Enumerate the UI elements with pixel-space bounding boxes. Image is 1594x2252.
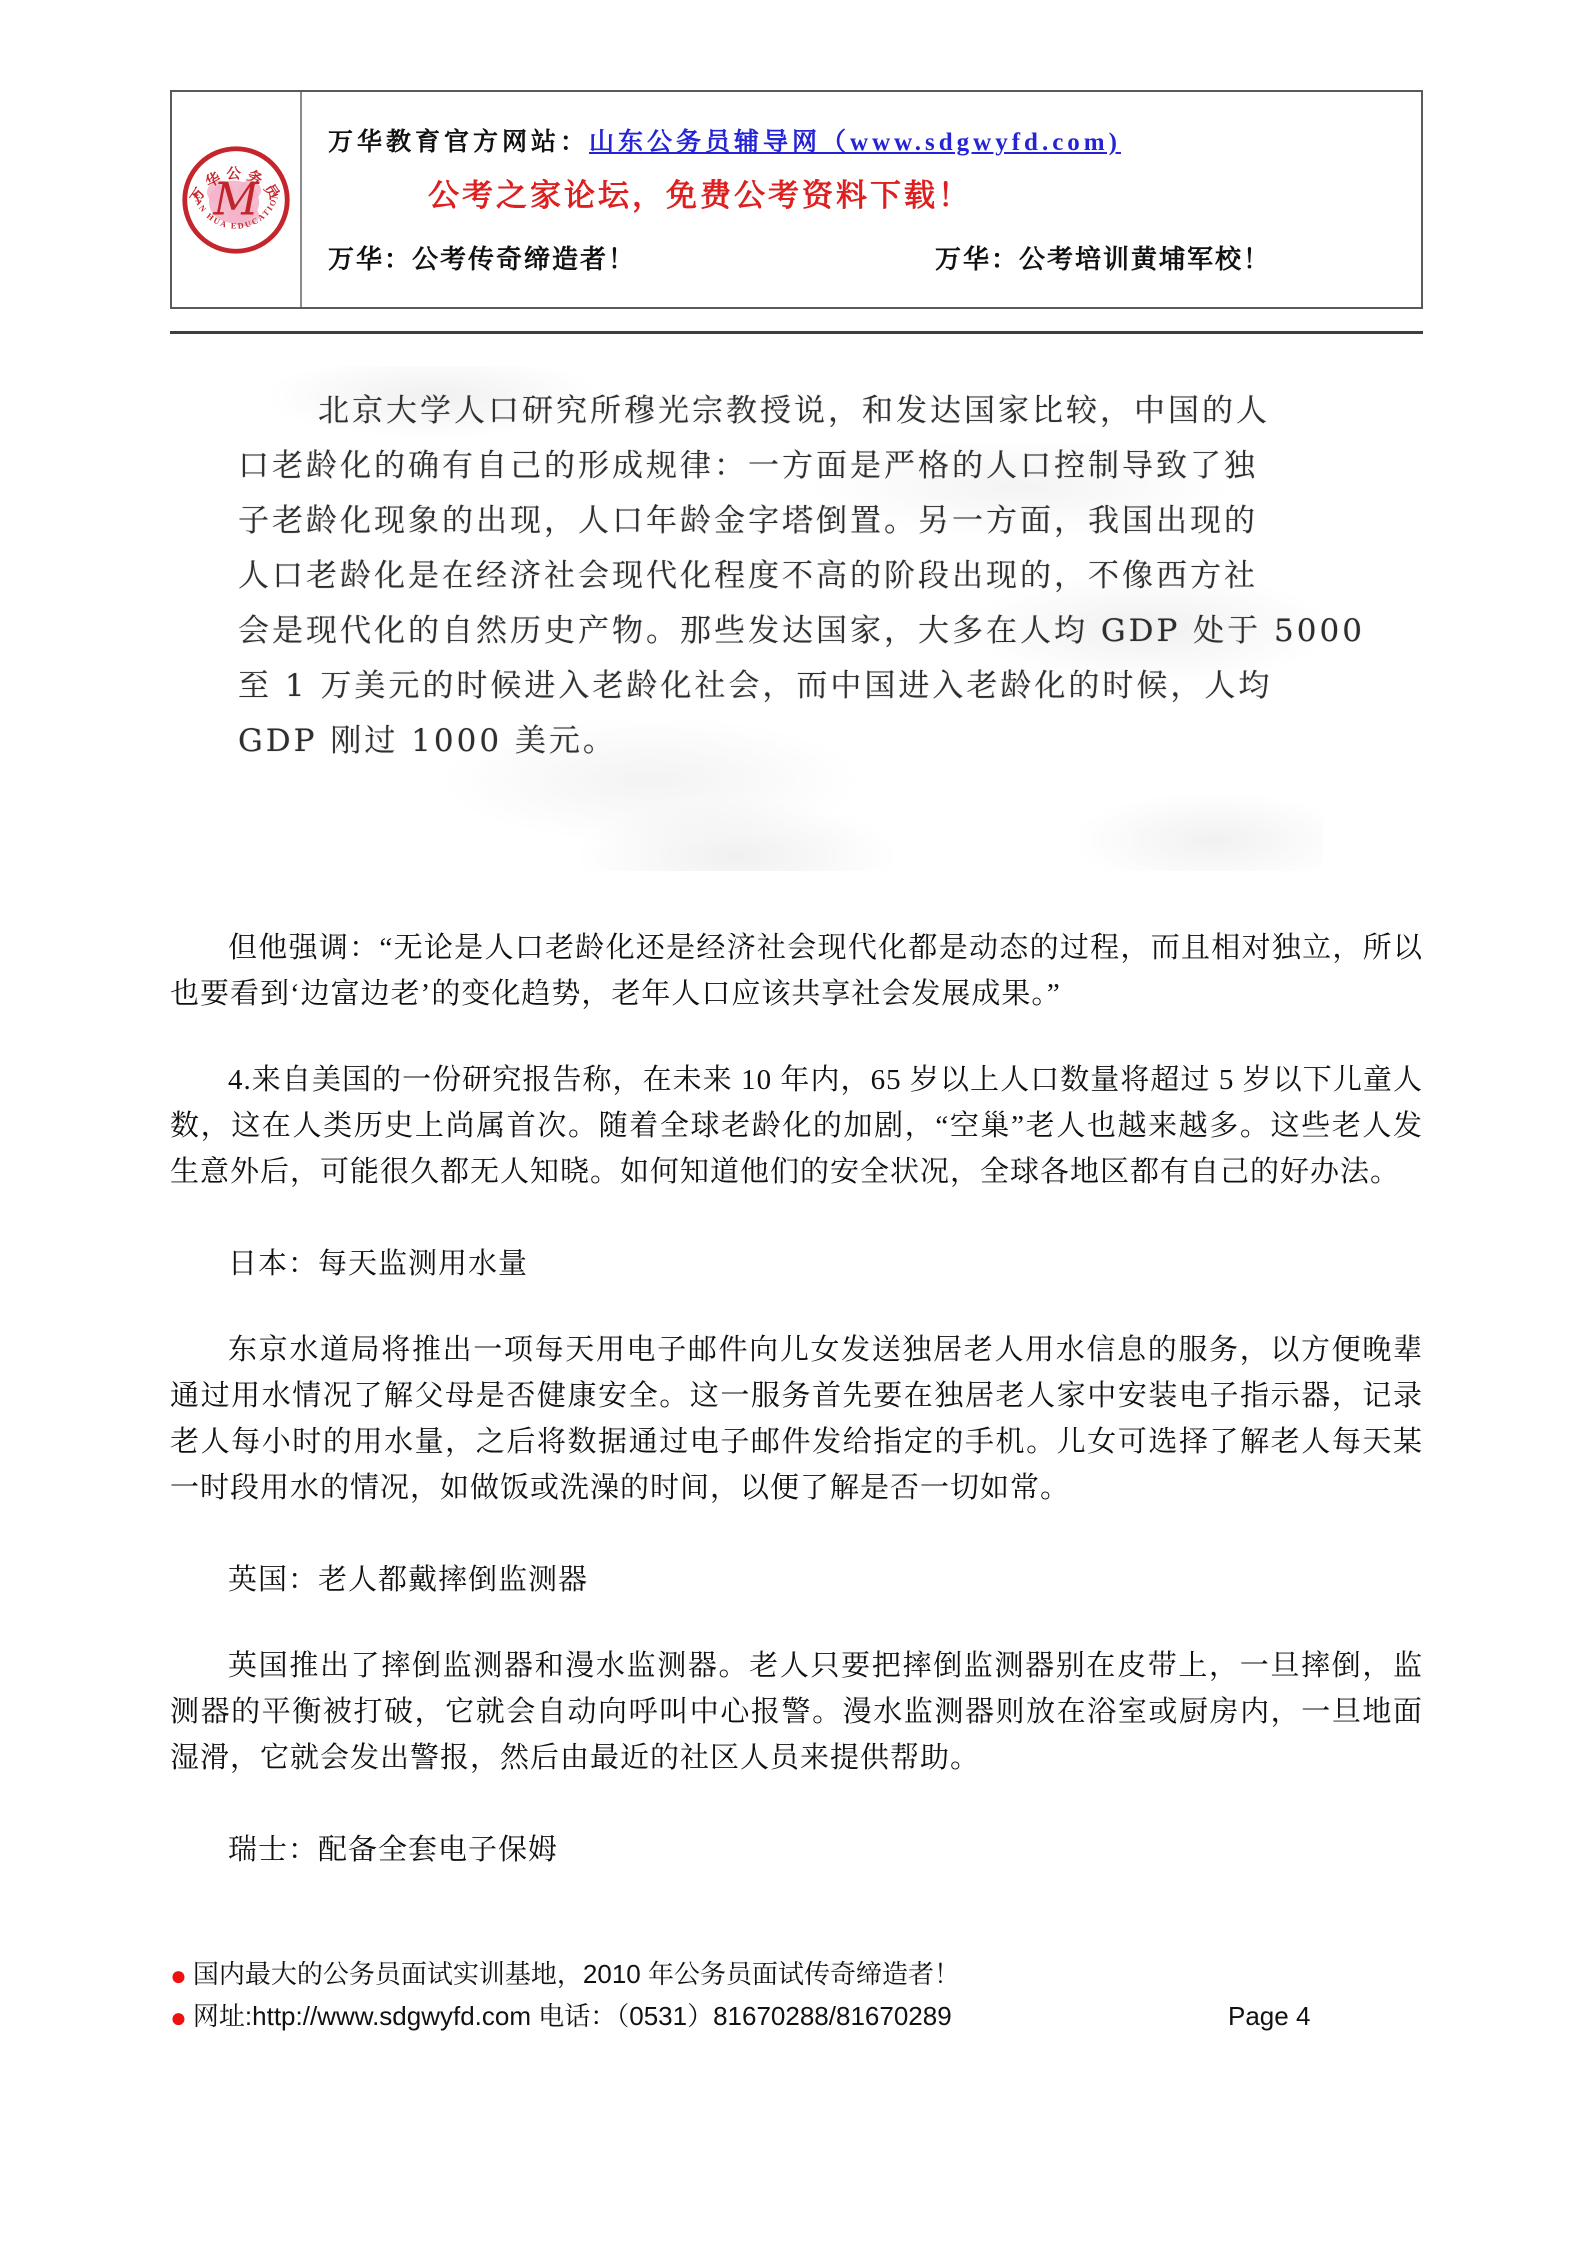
logo-cell: 万华公务员 M WAN HUA EDUCATION — [172, 92, 302, 307]
scanned-passage: 北京大学人口研究所穆光宗教授说，和发达国家比较，中国的人 口老龄化的确有自己的形… — [238, 366, 1323, 871]
scan-line: GDP 刚过 1000 美元。 — [238, 714, 1323, 769]
section-title-swiss: 瑞士：配备全套电子保姆 — [170, 1827, 1423, 1873]
footer-line-1: ●国内最大的公务员面试实训基地，2010 年公务员面试传奇缔造者！ — [170, 1954, 1423, 1996]
header-divider — [170, 331, 1423, 334]
banner-text: 公考之家论坛，免费公考资料下载！ — [428, 170, 1401, 215]
body-content: 但他强调：“无论是人口老龄化还是经济社会现代化都是动态的过程，而且相对独立，所以… — [170, 925, 1423, 1873]
scan-line: 会是现代化的自然历史产物。那些发达国家，大多在人均 GDP 处于 5000 — [238, 604, 1323, 659]
slogan-left: 万华：公考传奇缔造者！ — [328, 239, 636, 276]
section-title-japan: 日本：每天监测用水量 — [170, 1241, 1423, 1287]
section-title-uk: 英国：老人都戴摔倒监测器 — [170, 1557, 1423, 1603]
site-link[interactable]: 山东公务员辅导网（www.sdgwyfd.com) — [589, 129, 1121, 156]
scan-line: 口老龄化的确有自己的形成规律：一方面是严格的人口控制导致了独 — [238, 439, 1323, 494]
paragraph-japan: 东京水道局将推出一项每天用电子邮件向儿女发送独居老人用水信息的服务，以方便晚辈通… — [170, 1327, 1423, 1511]
header: 万华公务员 M WAN HUA EDUCATION 万华教育官方网站：山东公务员… — [170, 90, 1423, 309]
bullet-icon: ● — [170, 2002, 187, 2033]
paragraph-uk: 英国推出了摔倒监测器和漫水监测器。老人只要把摔倒监测器别在皮带上，一旦摔倒，监测… — [170, 1643, 1423, 1781]
wanhua-stamp-logo-icon: 万华公务员 M WAN HUA EDUCATION — [178, 142, 294, 258]
scan-line: 子老龄化现象的出现，人口年龄金字塔倒置。另一方面，我国出现的 — [238, 494, 1323, 549]
paragraph-item4: 4.来自美国的一份研究报告称，在未来 10 年内，65 岁以上人口数量将超过 5… — [170, 1057, 1423, 1195]
slogan-right: 万华：公考培训黄埔军校！ — [935, 239, 1271, 276]
scan-line: 人口老龄化是在经济社会现代化程度不高的阶段出现的，不像西方社 — [238, 549, 1323, 604]
footer-line2-text: 网址:http://www.sdgwyfd.com 电话：（0531）81670… — [193, 2001, 952, 2031]
page-number: Page 4 — [1228, 1996, 1310, 2036]
paragraph-emphasis: 但他强调：“无论是人口老龄化还是经济社会现代化都是动态的过程，而且相对独立，所以… — [170, 925, 1423, 1017]
site-label: 万华教育官方网站： — [328, 128, 589, 156]
site-row: 万华教育官方网站：山东公务员辅导网（www.sdgwyfd.com) — [328, 122, 1401, 158]
footer-line-2: ●网址:http://www.sdgwyfd.com 电话：（0531）8167… — [170, 1996, 1423, 2038]
bullet-icon: ● — [170, 1960, 187, 1991]
scan-line: 至 1 万美元的时候进入老龄化社会，而中国进入老龄化的时候，人均 — [238, 659, 1323, 714]
slogan-row: 万华：公考传奇缔造者！ 万华：公考培训黄埔军校！ — [328, 239, 1401, 276]
header-text-area: 万华教育官方网站：山东公务员辅导网（www.sdgwyfd.com) 公考之家论… — [302, 92, 1421, 307]
scan-line: 北京大学人口研究所穆光宗教授说，和发达国家比较，中国的人 — [238, 384, 1323, 439]
document-page: 万华公务员 M WAN HUA EDUCATION 万华教育官方网站：山东公务员… — [0, 0, 1594, 2252]
footer: ●国内最大的公务员面试实训基地，2010 年公务员面试传奇缔造者！ ●网址:ht… — [170, 1954, 1423, 2038]
footer-line1-text: 国内最大的公务员面试实训基地，2010 年公务员面试传奇缔造者！ — [193, 1959, 960, 1989]
